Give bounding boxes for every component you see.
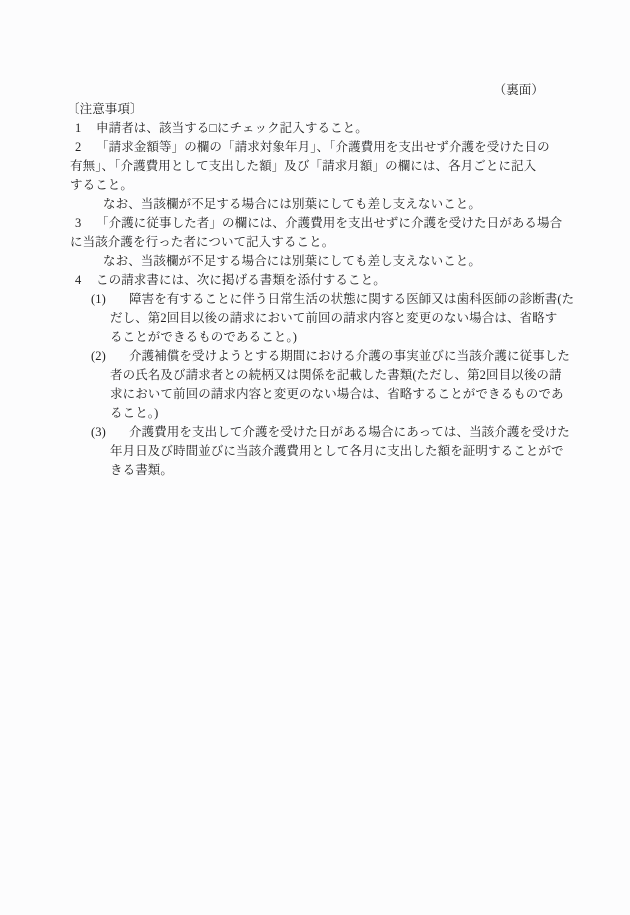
note-2-line-3: すること。 [0, 176, 630, 195]
attachment-2-line-4: ること。) [0, 404, 630, 423]
attachment-3-marker: (3) [91, 423, 129, 442]
note-1-line-1: 1申請者は、該当する□にチェック記入すること。 [0, 119, 630, 138]
attachment-2-line-2: 者の氏名及び請求者との続柄又は関係を記載した書類(ただし、第2回目以後の請 [0, 366, 630, 385]
document-back-page: （裏面） 〔注意事項〕 1申請者は、該当する□にチェック記入すること。 2「請求… [0, 0, 630, 915]
attachment-1-line-3: ることができるものであること。) [0, 328, 630, 347]
note-3-supplement: なお、当該欄が不足する場合には別葉にしても差し支えないこと。 [0, 252, 630, 271]
note-2-supplement: なお、当該欄が不足する場合には別葉にしても差し支えないこと。 [0, 195, 630, 214]
notes-section-title: 〔注意事項〕 [0, 100, 630, 119]
note-4-number: 4 [75, 271, 96, 290]
attachment-3-line-2: 年月日及び時間並びに当該介護費用として各月に支出した額を証明することがで [0, 442, 630, 461]
note-1-text: 申請者は、該当する□にチェック記入すること。 [96, 121, 368, 135]
note-3-text: 「介護に従事した者」の欄には、介護費用を支出せずに介護を受けた日がある場合 [96, 216, 562, 230]
attachment-1-marker: (1) [91, 290, 129, 309]
note-4-line-1: 4この請求書には、次に掲げる書類を添付すること。 [0, 271, 630, 290]
attachment-1-line-1: (1)障害を有することに伴う日常生活の状態に関する医師又は歯科医師の診断書(た [0, 290, 630, 309]
note-2-line-2: 有無」、「介護費用として支出した額」及び「請求月額」の欄には、各月ごとに記入 [0, 157, 630, 176]
note-2-text: 「請求金額等」の欄の「請求対象年月」、「介護費用を支出せず介護を受けた日の [96, 140, 550, 154]
note-4-text: この請求書には、次に掲げる書類を添付すること。 [96, 273, 386, 287]
page-side-label: （裏面） [0, 81, 630, 100]
note-3-line-2: に当該介護を行った者について記入すること。 [0, 233, 630, 252]
attachment-2-line-3: 求において前回の請求内容と変更のない場合は、省略することができるものであ [0, 385, 630, 404]
note-2-line-1: 2「請求金額等」の欄の「請求対象年月」、「介護費用を支出せず介護を受けた日の [0, 138, 630, 157]
note-1-number: 1 [75, 119, 96, 138]
attachment-1-text: 障害を有することに伴う日常生活の状態に関する医師又は歯科医師の診断書(た [129, 292, 574, 306]
attachment-1-line-2: だし、第2回目以後の請求において前回の請求内容と変更のない場合は、省略す [0, 309, 630, 328]
attachment-2-line-1: (2)介護補償を受けようとする期間における介護の事実並びに当該介護に従事した [0, 347, 630, 366]
attachment-2-marker: (2) [91, 347, 129, 366]
attachment-3-line-1: (3)介護費用を支出して介護を受けた日がある場合にあっては、当該介護を受けた [0, 423, 630, 442]
note-3-line-1: 3「介護に従事した者」の欄には、介護費用を支出せずに介護を受けた日がある場合 [0, 214, 630, 233]
note-2-number: 2 [75, 138, 96, 157]
attachment-3-line-3: きる書類。 [0, 461, 630, 480]
attachment-3-text: 介護費用を支出して介護を受けた日がある場合にあっては、当該介護を受けた [129, 425, 570, 439]
note-3-number: 3 [75, 214, 96, 233]
attachment-2-text: 介護補償を受けようとする期間における介護の事実並びに当該介護に従事した [129, 349, 570, 363]
